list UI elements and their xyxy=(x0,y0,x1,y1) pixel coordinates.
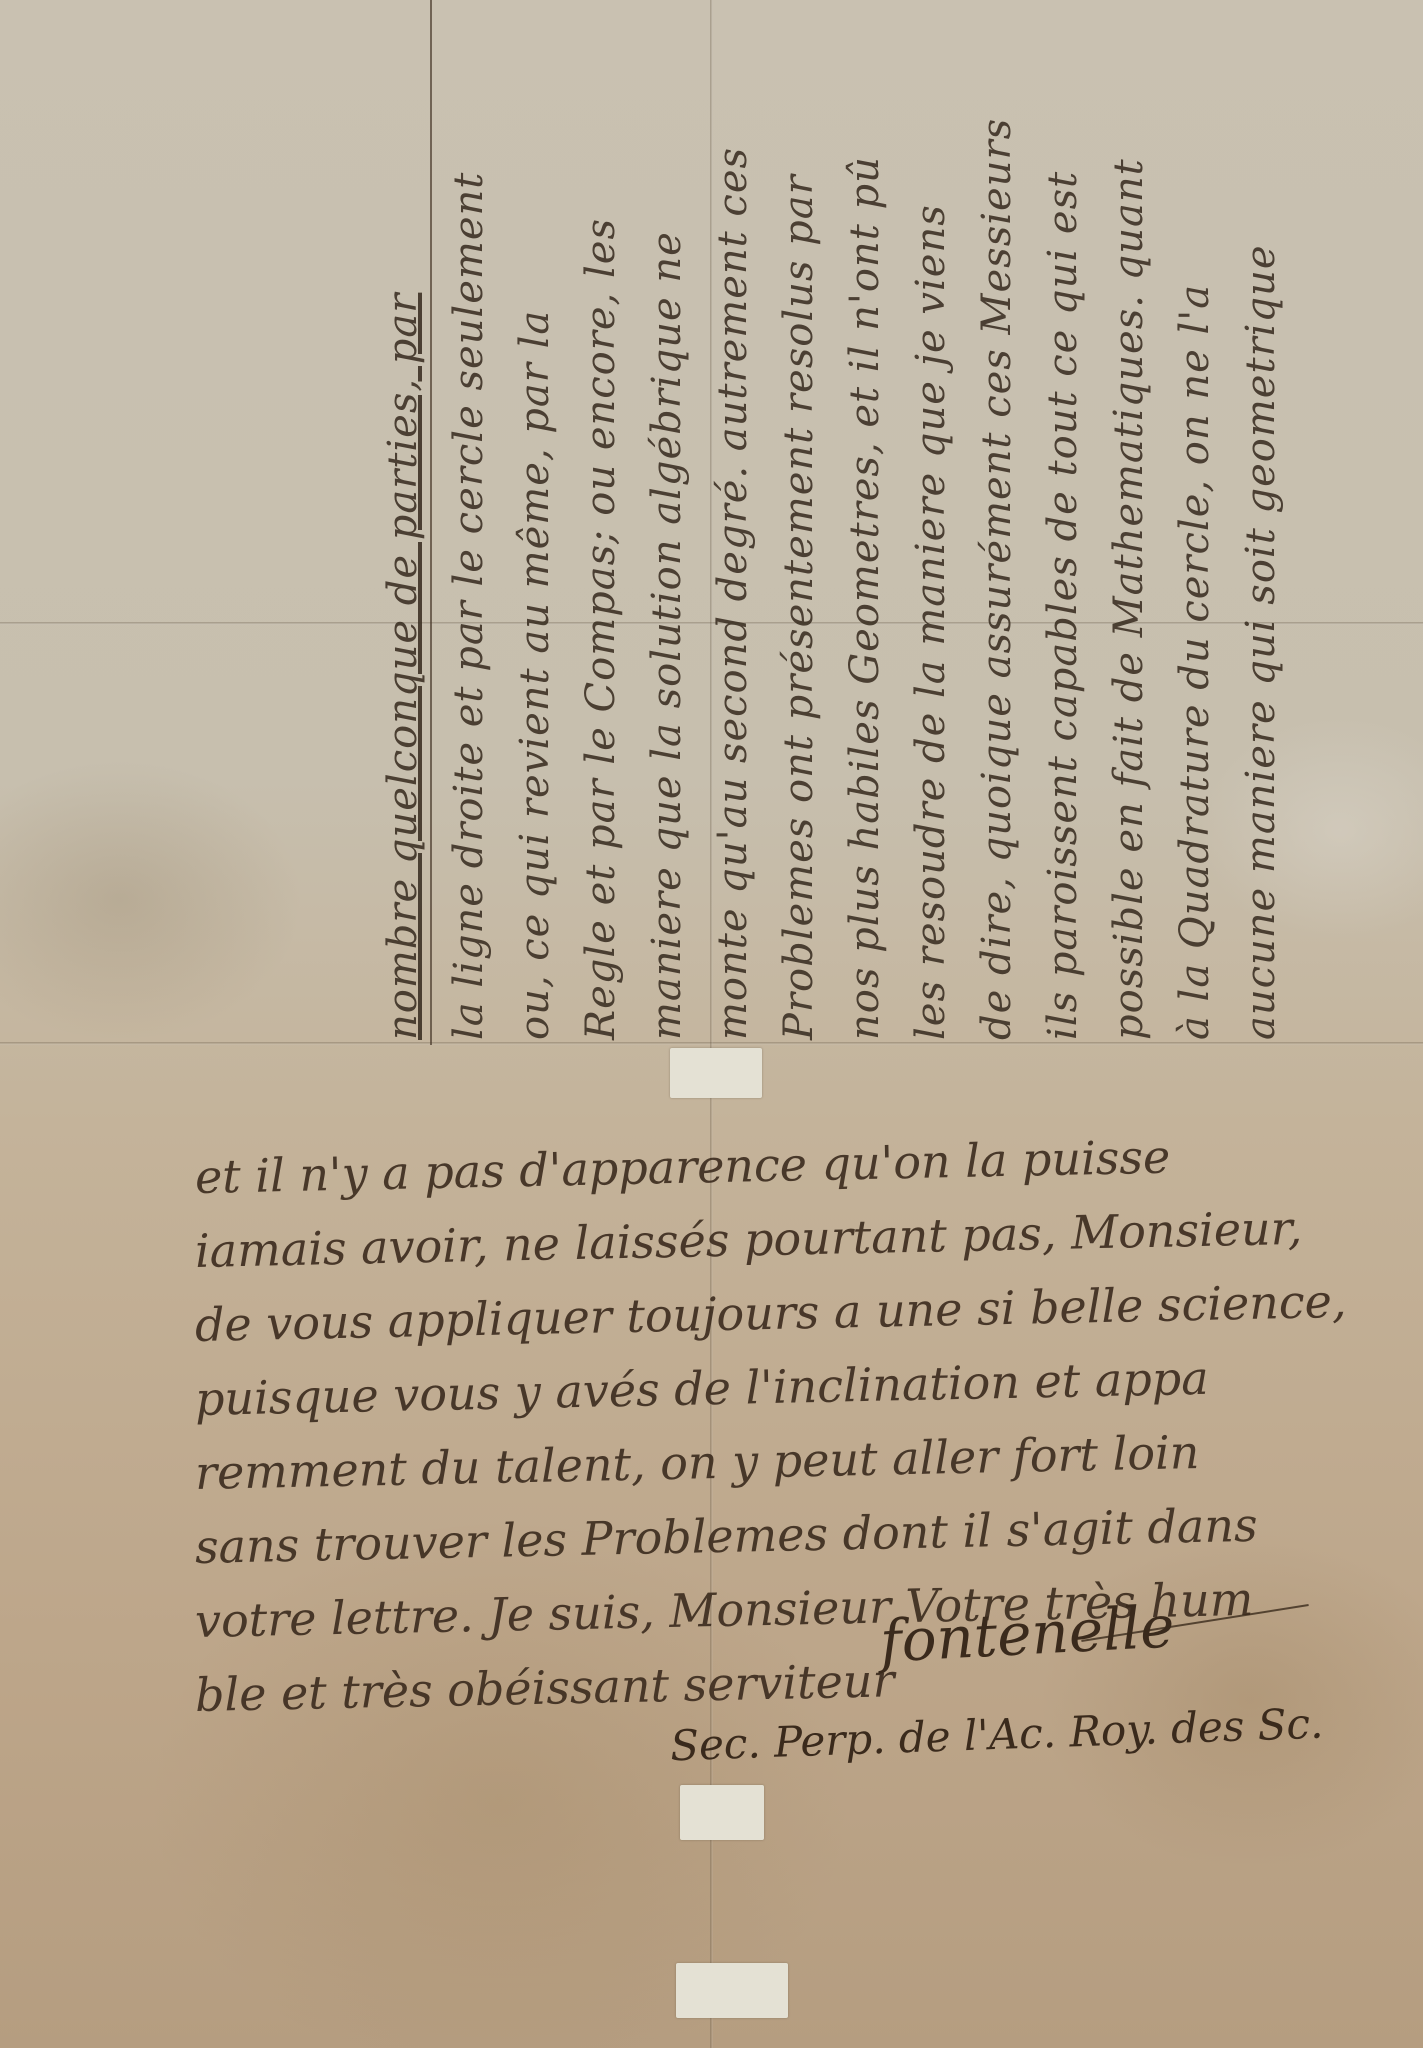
lower-letter-text: et il n'y a pas d'apparence qu'on la pui… xyxy=(195,1140,1415,1732)
text-line: Regle et par le Compas; ou encore, les xyxy=(568,0,634,1040)
text-line: de dire, quoique assurément ces Messieur… xyxy=(964,0,1030,1040)
text-line: possible en fait de Mathematiques. quant xyxy=(1096,0,1162,1040)
tape-piece xyxy=(680,1785,764,1840)
text-line: nombre quelconque de parties, par xyxy=(370,0,436,1040)
text-line: la ligne droite et par le cercle seuleme… xyxy=(436,0,502,1040)
text-line: les resoudre de la maniere que je viens xyxy=(898,0,964,1040)
text-line: ils paroissent capables de tout ce qui e… xyxy=(1030,0,1096,1040)
text-line: nos plus habiles Geometres, et il n'ont … xyxy=(832,0,898,1040)
text-line: ou, ce qui revient au même, par la xyxy=(502,0,568,1040)
text-line: aucune maniere qui soit geometrique xyxy=(1228,0,1294,1040)
letter-sheet: nombre quelconque de parties, par la lig… xyxy=(0,0,1423,2048)
text-line: monte qu'au second degré. autrement ces xyxy=(700,0,766,1040)
tape-piece xyxy=(670,1048,762,1098)
text-line: à la Quadrature du cercle, on ne l'a xyxy=(1162,0,1228,1040)
tape-piece xyxy=(676,1963,788,2018)
text-line: maniere que la solution algébrique ne xyxy=(634,0,700,1040)
text-line: Problemes ont présentement resolus par xyxy=(766,0,832,1040)
upper-rotated-text: nombre quelconque de parties, par la lig… xyxy=(370,0,1190,1040)
